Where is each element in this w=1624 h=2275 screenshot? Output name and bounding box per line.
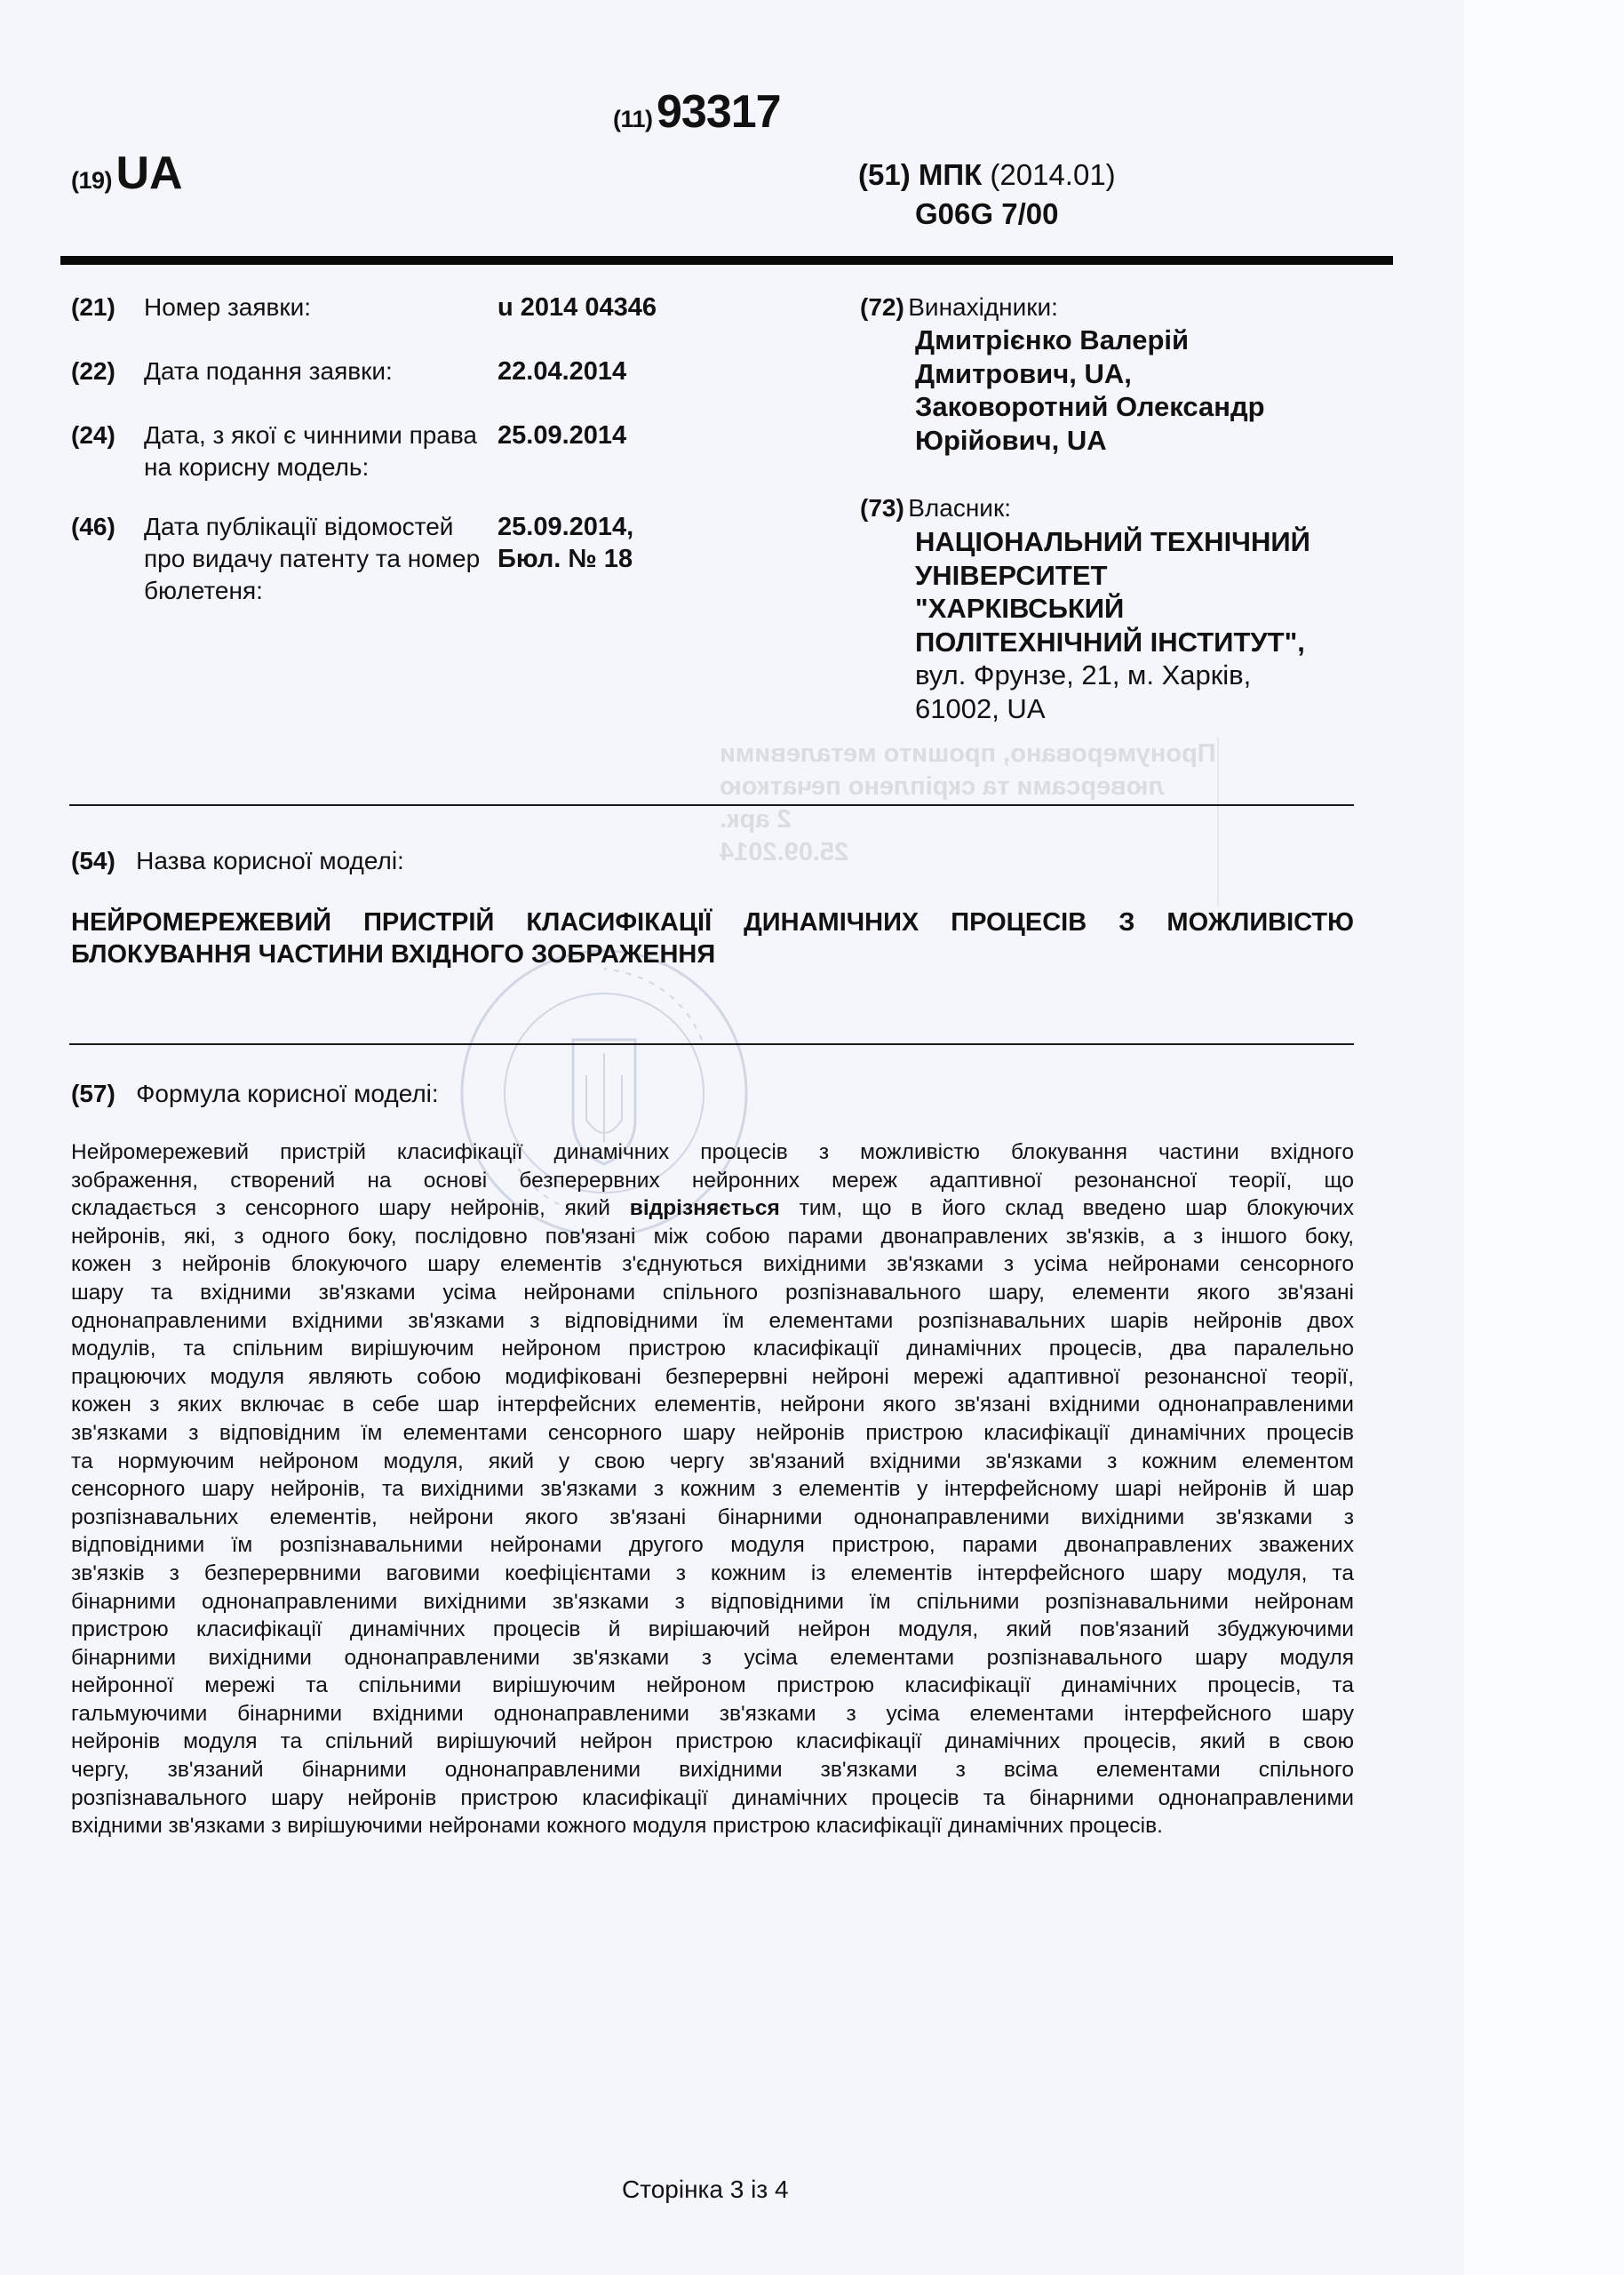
inid-code-72: (72) — [860, 293, 904, 321]
owner-block: НАЦІОНАЛЬНИЙ ТЕХНІЧНИЙ УНІВЕРСИТЕТ "ХАРК… — [915, 525, 1310, 725]
ipc-block: (51) МПК (2014.01) — [858, 158, 1116, 192]
inventors-label: Винахідники: — [908, 293, 1058, 321]
characterising-phrase: відрізняється — [630, 1196, 780, 1220]
inventor-line: Заковоротний Олександр — [915, 390, 1265, 424]
owner-name-line: "ХАРКІВСЬКИЙ — [915, 592, 1310, 626]
claim-line: вхідними зв'язками з вирішуючими нейрона… — [71, 1812, 1354, 1840]
mirrored-certification-stamp: Пронумеровано, прошито металевими люверс… — [711, 738, 1219, 906]
inid-code-19: (19) — [71, 167, 112, 194]
claim-line: розпізнавальних елементів, нейрони якого… — [71, 1504, 1354, 1532]
claim-line: розпізнавального шару нейронів пристрою … — [71, 1784, 1354, 1813]
country-block: (19) UA — [71, 147, 183, 200]
owner-name-line: УНІВЕРСИТЕТ — [915, 559, 1310, 593]
claim-line: пристрою класифікації динамічних процесі… — [71, 1616, 1354, 1644]
owner-address-line: вул. Фрунзе, 21, м. Харків, — [915, 659, 1310, 692]
stamp-line: 25.09.2014 — [720, 836, 1217, 869]
claim-line: нейронної мережі та спільними вирішуючим… — [71, 1672, 1354, 1700]
claim-line: кожен з нейронів блокуючого шару елемент… — [71, 1250, 1354, 1279]
utility-model-title: НЕЙРОМЕРЕЖЕВИЙ ПРИСТРІЙ КЛАСИФІКАЦІЇ ДИН… — [71, 906, 1354, 970]
claims-label: Формула корисної моделі: — [136, 1080, 439, 1107]
inid-code-51: (51) — [858, 158, 911, 191]
claim-line: однонаправленими вхідними зв'язками з ві… — [71, 1307, 1354, 1336]
inid-code-73: (73) — [860, 494, 904, 522]
claim-line: нейронів, які, з одного боку, послідовно… — [71, 1223, 1354, 1251]
claim-line: кожен з яких включає в себе шар інтерфей… — [71, 1391, 1354, 1419]
rights-effective-date: 25.09.2014 — [498, 419, 711, 451]
inventor-line: Юрійович, UA — [915, 424, 1265, 458]
claim-text: тим, що в його склад введено шар блокуюч… — [780, 1196, 1354, 1220]
inid-code-24: (24) — [71, 421, 115, 450]
title-label: Назва корисної моделі: — [136, 847, 404, 874]
biblio-label: Номер заявки: — [144, 291, 482, 323]
section-divider — [69, 1043, 1354, 1045]
ipc-version: (2014.01) — [990, 158, 1115, 191]
title-line: БЛОКУВАННЯ ЧАСТИНИ ВХІДНОГО ЗОБРАЖЕННЯ — [71, 940, 715, 969]
title-line: НЕЙРОМЕРЕЖЕВИЙ ПРИСТРІЙ КЛАСИФІКАЦІЇ ДИН… — [71, 906, 1354, 938]
stamp-line: люверсами та скріплено печаткою — [720, 770, 1217, 803]
inventor-line: Дмитрович, UA, — [915, 357, 1265, 391]
inventor-line: Дмитрієнко Валерій — [915, 323, 1265, 357]
claim-line: сенсорного шару нейронів, та вихідними з… — [71, 1475, 1354, 1504]
inid-code-21: (21) — [71, 293, 115, 322]
claim-line: зв'язків з безперервними ваговими коефіц… — [71, 1560, 1354, 1588]
claim-line: гальмуючими бінарними вхідними однонапра… — [71, 1700, 1354, 1728]
owner-name-line: НАЦІОНАЛЬНИЙ ТЕХНІЧНИЙ — [915, 525, 1310, 559]
owner-address-line: 61002, UA — [915, 692, 1310, 726]
biblio-label: Дата публікації відомостей про видачу па… — [144, 511, 499, 607]
stamp-line: Пронумеровано, прошито металевими — [720, 738, 1217, 770]
inventors-heading: (72) Винахідники: — [860, 293, 1058, 322]
owner-label: Власник: — [908, 494, 1011, 522]
claim-line: шару та вхідними зв'язками усіма нейрона… — [71, 1279, 1354, 1307]
claim-line: та нормуючим нейроном модуля, який у сво… — [71, 1448, 1354, 1476]
claim-line: складається з сенсорного шару нейронів, … — [71, 1194, 1354, 1223]
claim-line: бінарними однонаправленими вихідними зв'… — [71, 1588, 1354, 1616]
publication-number: (11) 93317 — [613, 85, 781, 139]
claim-text: складається з сенсорного шару нейронів, … — [71, 1196, 630, 1220]
stamp-line: 2 арк. — [720, 803, 1217, 836]
owner-heading: (73) Власник: — [860, 494, 1011, 523]
inventors-list: Дмитрієнко Валерій Дмитрович, UA, Заково… — [915, 323, 1265, 457]
patent-number: 93317 — [657, 86, 781, 138]
claim-line: зображення, створений на основі безперер… — [71, 1167, 1354, 1195]
application-number: u 2014 04346 — [498, 291, 711, 323]
scan-margin — [1464, 0, 1624, 2275]
claim-line: Нейромережевий пристрій класифікації дин… — [71, 1138, 1354, 1167]
page-number: Сторінка 3 із 4 — [622, 2175, 789, 2204]
inid-code-11: (11) — [613, 106, 653, 132]
publication-date-bulletin: 25.09.2014, Бюл. № 18 — [498, 511, 675, 575]
biblio-label: Дата подання заявки: — [144, 355, 482, 387]
inid-code-57: (57) — [71, 1080, 115, 1107]
owner-name-line: ПОЛІТЕХНІЧНИЙ ІНСТИТУТ", — [915, 626, 1310, 659]
header-divider — [60, 256, 1393, 265]
claim-line: чергу, зв'язаний бінарними однонаправлен… — [71, 1756, 1354, 1784]
inid-code-54: (54) — [71, 847, 115, 874]
ipc-label: МПК — [919, 158, 982, 191]
biblio-label: Дата, з якої є чинними права на корисну … — [144, 419, 486, 483]
claim-line: модулів, та спільним вирішуючим нейроном… — [71, 1335, 1354, 1363]
title-heading: (54) Назва корисної моделі: — [71, 847, 404, 875]
inid-code-22: (22) — [71, 357, 115, 386]
filing-date: 22.04.2014 — [498, 355, 711, 387]
country-code: UA — [115, 148, 182, 199]
ipc-class: G06G 7/00 — [915, 197, 1058, 231]
claims-text: Нейромережевий пристрій класифікації дин… — [71, 1138, 1354, 1840]
claim-line: нейронів модуля та спільний вирішуючий н… — [71, 1728, 1354, 1756]
claim-line: бінарними вихідними однонаправленими зв'… — [71, 1644, 1354, 1672]
inid-code-46: (46) — [71, 513, 115, 541]
claim-line: працюючих модуля являють собою модифіков… — [71, 1363, 1354, 1392]
claim-line: зв'язками з відповідним їм елементами се… — [71, 1419, 1354, 1448]
claims-heading: (57) Формула корисної моделі: — [71, 1080, 439, 1108]
claim-line: відповідними їм розпізнавальними нейрона… — [71, 1531, 1354, 1560]
section-divider — [69, 804, 1354, 806]
